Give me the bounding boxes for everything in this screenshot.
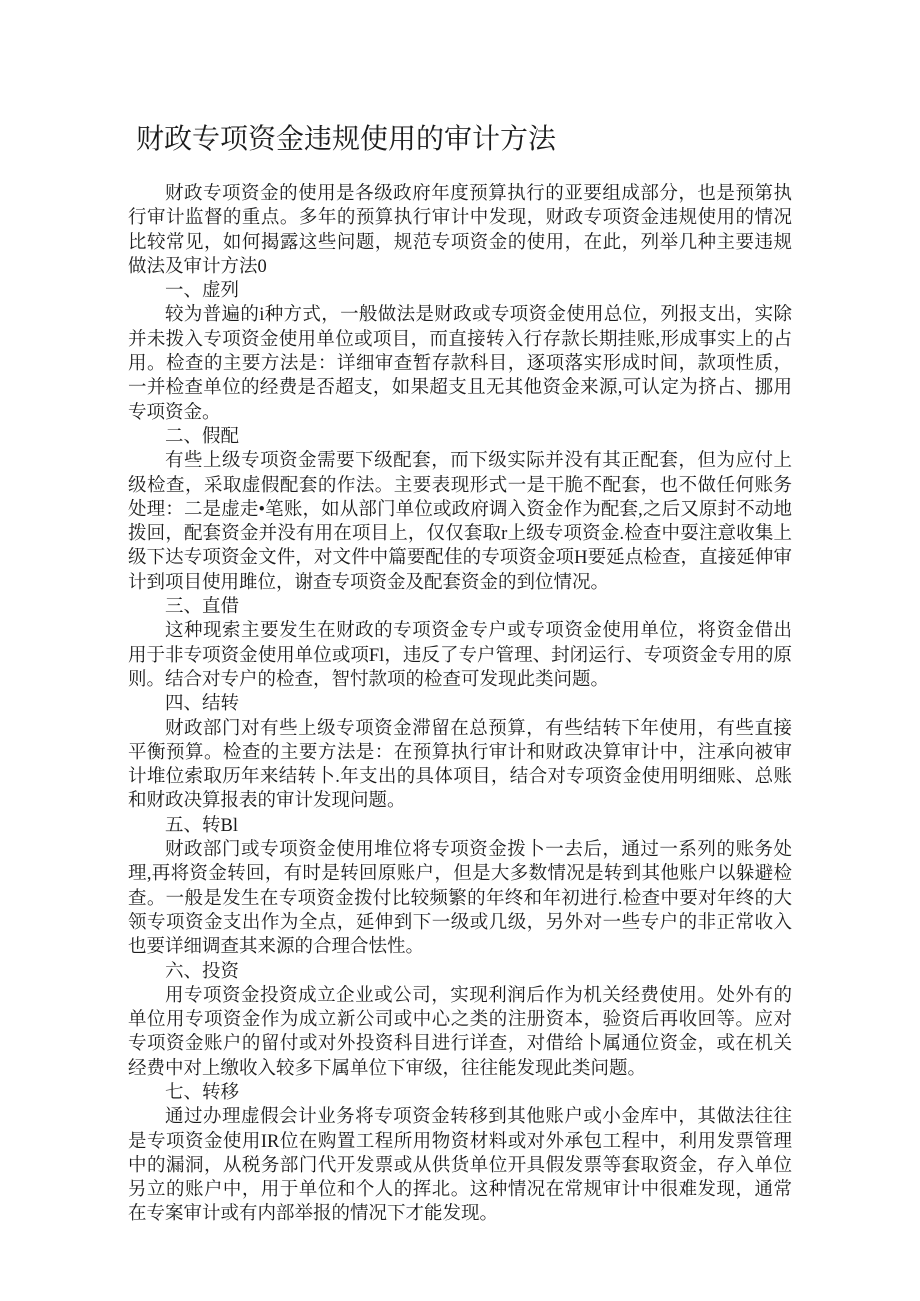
document-page: 财政专项资金违规使用的审计方法 财政专项资金的使用是各级政府年度预算执行的亚要组…: [0, 0, 920, 1301]
section-heading: 七、转移: [128, 1081, 792, 1105]
document-title: 财政专项资金违规使用的审计方法: [136, 122, 792, 158]
paragraph: 通过办理虚假会计业务将专项资金转移到其他账户或小金库中，其做法往往是专项资金使用…: [128, 1105, 792, 1226]
section-heading: 一、虚列: [128, 279, 792, 303]
paragraph: 有些上级专项资金需要下级配套，而下级实际并没有其正配套，但为应付上级检查，采取虚…: [128, 449, 792, 595]
paragraph: 用专项资金投资成立企业或公司，实现利润后作为机关经费使用。处外有的单位用专项资金…: [128, 984, 792, 1081]
section-heading: 二、假配: [128, 425, 792, 449]
paragraph: 较为普遍的i种方式，一般做法是财政或专项资金使用总位，列报支出，实除并未拨入专项…: [128, 303, 792, 424]
section-heading: 三、直借: [128, 595, 792, 619]
document-content: 财政专项资金违规使用的审计方法 财政专项资金的使用是各级政府年度预算执行的亚要组…: [128, 122, 792, 1227]
paragraph: 财政部门或专项资金使用堆位将专项资金拨卜一去后，通过一系列的账务处理,再将资金转…: [128, 838, 792, 959]
section-heading: 六、投资: [128, 960, 792, 984]
section-heading: 五、转Bl: [128, 814, 792, 838]
paragraph: 财政部门对有些上级专项资金滞留在总预算，有些结转下年使用，有些直接平衡预算。检查…: [128, 717, 792, 814]
document-body: 财政专项资金的使用是各级政府年度预算执行的亚要组成部分，也是预第执行审计监督的重…: [128, 182, 792, 1227]
paragraph: 这种现索主要发生在财政的专项资金专户或专项资金使用单位，将资金借出用于非专项资金…: [128, 619, 792, 692]
section-heading: 四、结转: [128, 692, 792, 716]
paragraph: 财政专项资金的使用是各级政府年度预算执行的亚要组成部分，也是预第执行审计监督的重…: [128, 182, 792, 279]
